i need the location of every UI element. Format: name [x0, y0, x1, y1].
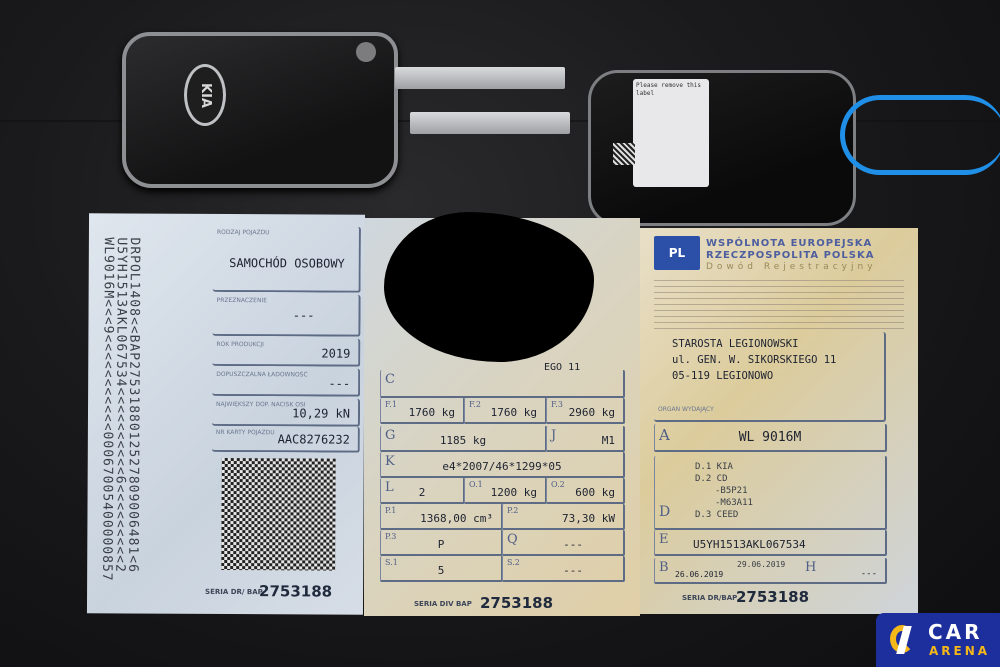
fob-button: [356, 42, 376, 62]
header-line: WSPÓLNOTA EUROPEJSKA: [706, 238, 872, 249]
field-F2: F.21760 kg: [464, 398, 547, 424]
header-line: RZECZPOSPOLITA POLSKA: [706, 250, 875, 261]
key-blade: [410, 112, 570, 134]
kia-logo: KIA: [184, 64, 226, 126]
field-S2: S.2---: [502, 556, 625, 582]
field-purpose: Przeznaczenie ---: [212, 294, 360, 337]
field-E: E U5YH1513AKL067534: [654, 530, 887, 556]
key-blade: [395, 67, 565, 89]
issuer-box: STAROSTA LEGIONOWSKI ul. GEN. W. SIKORSK…: [654, 332, 886, 422]
seria-label: SERIA DIV BAP: [414, 600, 472, 608]
field-B-I-H: B 26.06.2019 29.06.2019 H ---: [654, 558, 887, 584]
field-S1: S.15: [380, 556, 503, 582]
registration-right-page: PL WSPÓLNOTA EUROPEJSKA RZECZPOSPOLITA P…: [640, 228, 918, 614]
seria-label: SERIA DR/BAP: [682, 594, 737, 602]
field-K: Ke4*2007/46*1299*05: [380, 452, 625, 478]
field-production-year: Rok produkcji 2019: [212, 338, 360, 367]
seria-label: SERIA DR/ BAP: [205, 588, 263, 596]
field-C: C: [380, 370, 625, 398]
logo-text-car: CAR: [928, 620, 983, 644]
logo-text-arena: ARENA: [929, 644, 990, 658]
fob-sticker-label: Please remove this label: [633, 79, 709, 187]
field-J: JM1: [546, 426, 625, 452]
field-O2: O.2600 kg: [546, 478, 625, 504]
field-F3: F.32960 kg: [546, 398, 625, 424]
aztec-code: [221, 458, 336, 571]
second-key-fob: Please remove this label: [588, 70, 856, 226]
mrz-lines: DRPOL1408<<BAP2753188012527809006481<6 U…: [99, 237, 141, 597]
field-D: D D.1 KIA D.2 CD -B5P21 -M63A11 D.3 CEED: [654, 456, 887, 530]
field-O1: O.11200 kg: [464, 478, 547, 504]
kia-key-fob: KIA: [122, 32, 398, 188]
eu-flag-icon: PL: [654, 236, 700, 270]
field-Q: Q---: [502, 530, 625, 556]
field-vehicle-type: Rodzaj pojazdu SAMOCHÓD OSOBOWY: [213, 226, 361, 293]
field-P1: P.11368,00 cm³: [380, 504, 503, 530]
datamatrix-code: [613, 143, 635, 165]
field-axle-load: Największy dop. nacisk osi 10,29 kN: [212, 398, 360, 427]
field-L: L2: [380, 478, 465, 504]
fine-print: [654, 280, 904, 330]
seria-number: 2753188: [259, 582, 332, 600]
field-payload: Dopuszczalna ładowność ---: [212, 368, 360, 397]
field-F1: F.11760 kg: [380, 398, 465, 424]
header-line: Dowód Rejestracyjny: [706, 262, 877, 272]
field-A: A WL 9016M: [654, 424, 887, 452]
field-P2: P.273,30 kW: [502, 504, 625, 530]
car-arena-logo: CAR ARENA: [876, 613, 1000, 667]
blue-key-cord: [840, 95, 1000, 175]
field-G: G1185 kg: [380, 426, 547, 452]
seria-number: 2753188: [480, 594, 553, 612]
field-vehicle-card-number: Nr karty pojazdu AAC8276232: [212, 426, 360, 453]
registration-left-page: DRPOL1408<<BAP2753188012527809006481<6 U…: [87, 213, 365, 614]
seria-number: 2753188: [736, 588, 809, 606]
field-P3: P.3P: [380, 530, 503, 556]
